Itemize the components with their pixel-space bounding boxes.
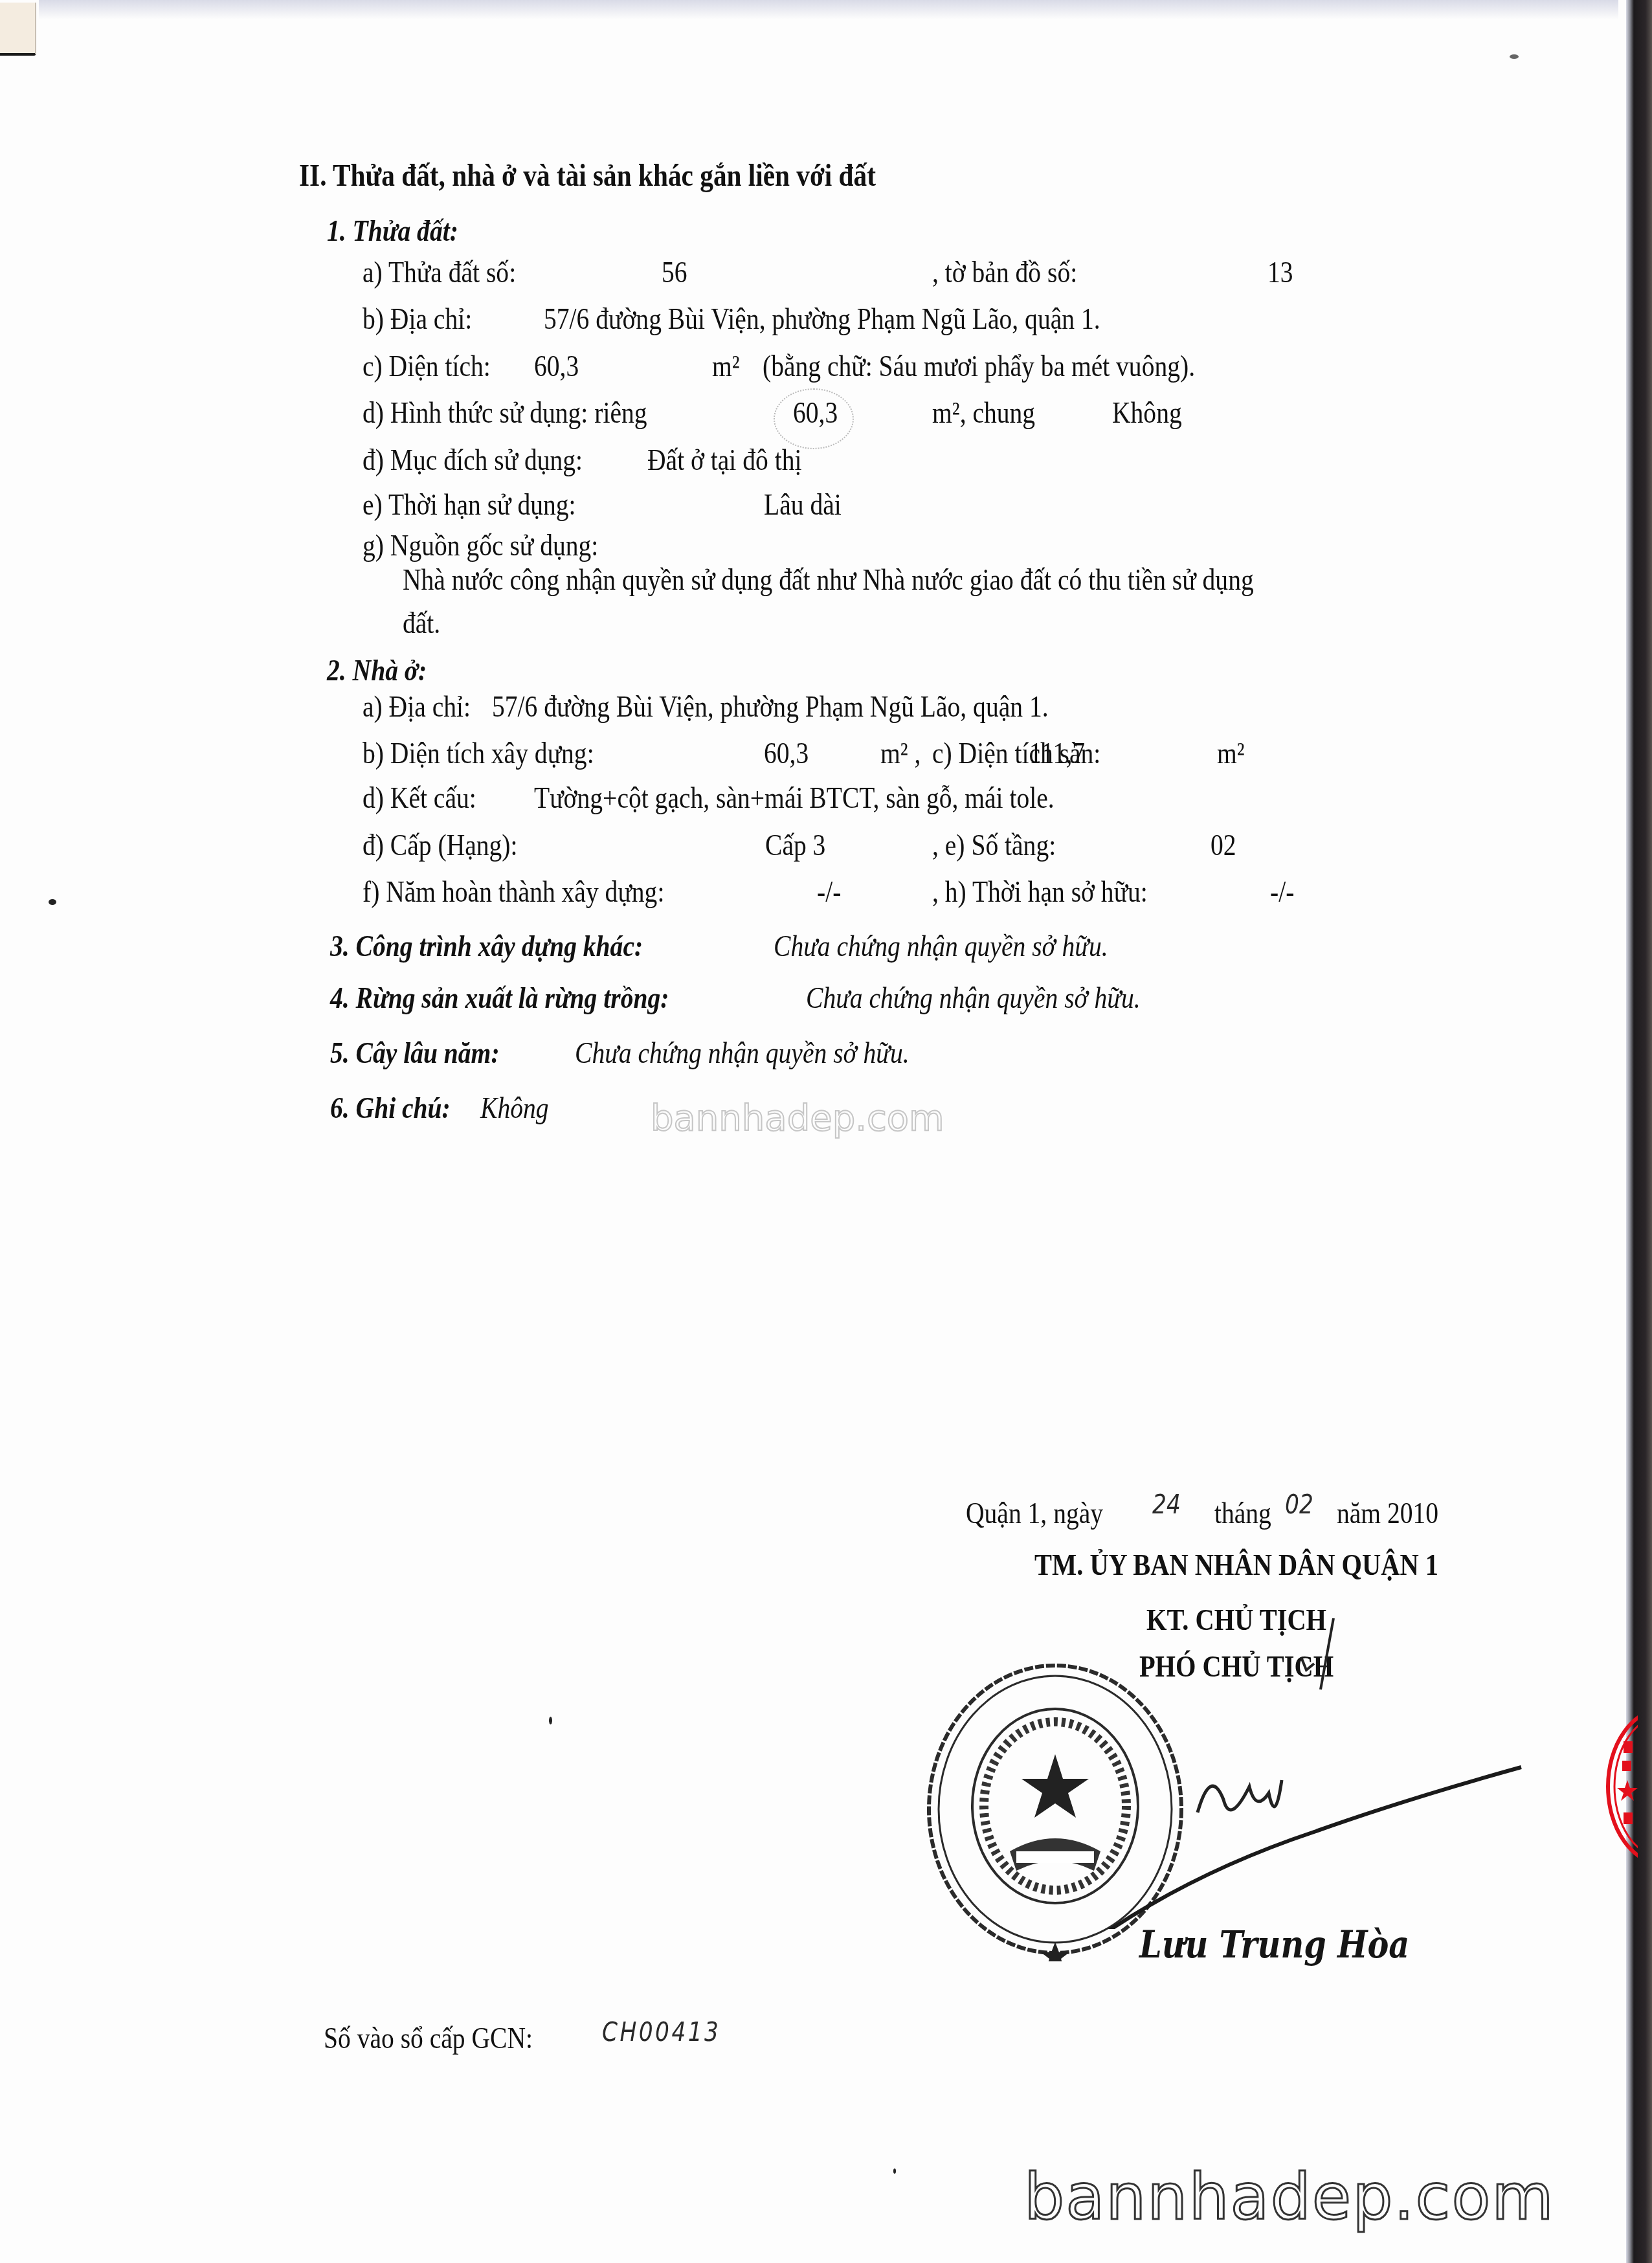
house-floors-value: 02 [1211, 831, 1236, 860]
registry-number-handwritten: CH00413 [602, 2020, 720, 2046]
house-floor-area-unit: m² [1217, 739, 1245, 768]
land-address-value: 57/6 đường Bùi Viện, phường Phạm Ngũ Lão… [544, 304, 1100, 334]
land-usage-form-label: d) Hình thức sử dụng: riêng [363, 398, 647, 428]
land-term-label: e) Thời hạn sử dụng: [363, 490, 576, 520]
signer-name: Lưu Trung Hòa [1139, 1923, 1409, 1967]
land-origin-value-line2: đất. [403, 608, 440, 638]
land-heading: 1. Thửa đất: [327, 216, 458, 246]
land-purpose-label: đ) Mục đích sử dụng: [363, 445, 583, 475]
notes-value: Không [480, 1093, 549, 1123]
house-build-area-unit: m² , [880, 739, 921, 768]
section-title: II. Thửa đất, nhà ở và tài sản khác gắn … [299, 161, 876, 192]
other-construction-label: 3. Công trình xây dựng khác: [330, 931, 643, 961]
issuing-authority: TM. ỦY BAN NHÂN DÂN QUẬN 1 [986, 1550, 1487, 1581]
land-map-label: , tờ bản đồ số: [932, 258, 1077, 287]
issue-month-label: tháng [1214, 1499, 1271, 1528]
house-completion-year-label: f) Năm hoàn thành xây dựng: [363, 877, 664, 907]
house-address-label: a) Địa chỉ: [363, 692, 471, 722]
watermark-bottom: bannhadep.com [1024, 2166, 1555, 2229]
house-grade-value: Cấp 3 [765, 831, 825, 860]
registry-label: Số vào sổ cấp GCN: [324, 2023, 533, 2053]
small-seal-mark [774, 388, 854, 449]
land-purpose-value: Đất ở tại đô thị [647, 445, 801, 475]
issue-day-handwritten: 24 [1152, 1492, 1181, 1518]
land-origin-label: g) Nguồn gốc sử dụng: [363, 531, 598, 561]
house-structure-value: Tường+cột gạch, sàn+mái BTCT, sàn gỗ, má… [534, 783, 1055, 813]
house-ownership-term-label: , h) Thời hạn sở hữu: [932, 877, 1148, 907]
issue-year: năm 2010 [1337, 1499, 1438, 1528]
production-forest-label: 4. Rừng sản xuất là rừng trồng: [330, 983, 669, 1013]
land-shared-label: m², chung [932, 398, 1035, 428]
land-parcel-label: a) Thửa đất số: [363, 258, 516, 287]
land-area-value: 60,3 [534, 351, 579, 381]
scan-shadow [39, 0, 1618, 19]
land-area-label: c) Diện tích: [363, 351, 491, 381]
house-address-value: 57/6 đường Bùi Viện, phường Phạm Ngũ Lão… [492, 692, 1049, 722]
land-parcel-value: 56 [662, 258, 687, 287]
perennial-trees-value: Chưa chứng nhận quyền sở hữu. [575, 1038, 910, 1068]
scan-speck [49, 899, 56, 905]
perennial-trees-label: 5. Cây lâu năm: [330, 1038, 500, 1068]
land-term-value: Lâu dài [764, 490, 842, 520]
house-build-area-value: 60,3 [764, 739, 809, 768]
land-map-value: 13 [1267, 258, 1293, 287]
scan-right-edge [1626, 0, 1652, 2263]
land-address-label: b) Địa chỉ: [363, 304, 472, 334]
land-shared-value: Không [1112, 398, 1182, 428]
house-grade-label: đ) Cấp (Hạng): [363, 831, 517, 860]
page-corner-tab [0, 3, 36, 56]
handwritten-signature [1100, 1618, 1592, 1929]
house-floor-area-value: 111,7 [1029, 739, 1085, 768]
house-build-area-label: b) Diện tích xây dựng: [363, 739, 594, 768]
production-forest-value: Chưa chứng nhận quyền sở hữu. [806, 983, 1141, 1013]
house-floors-label: , e) Số tầng: [932, 831, 1056, 860]
red-stamp-partial-icon [1605, 1702, 1638, 1871]
land-origin-value-line1: Nhà nước công nhận quyền sử dụng đất như… [403, 565, 1254, 595]
issue-date-prefix: Quận 1, ngày [966, 1499, 1103, 1528]
house-structure-label: d) Kết cấu: [363, 783, 476, 813]
scan-speck [1510, 54, 1519, 59]
scan-speck [893, 2168, 896, 2174]
watermark-middle: bannhadep.com [651, 1100, 944, 1137]
other-construction-value: Chưa chứng nhận quyền sở hữu. [774, 931, 1108, 961]
house-heading: 2. Nhà ở: [327, 656, 427, 686]
house-completion-year-value: -/- [817, 877, 841, 907]
scanned-certificate-page: II. Thửa đất, nhà ở và tài sản khác gắn … [0, 0, 1652, 2263]
land-area-words: (bằng chữ: Sáu mươi phẩy ba mét vuông). [763, 351, 1195, 381]
issue-month-handwritten: 02 [1285, 1492, 1313, 1518]
house-ownership-term-value: -/- [1270, 877, 1294, 907]
scan-speck [549, 1717, 552, 1724]
land-area-unit: m² [712, 351, 740, 381]
notes-label: 6. Ghi chú: [330, 1093, 451, 1123]
